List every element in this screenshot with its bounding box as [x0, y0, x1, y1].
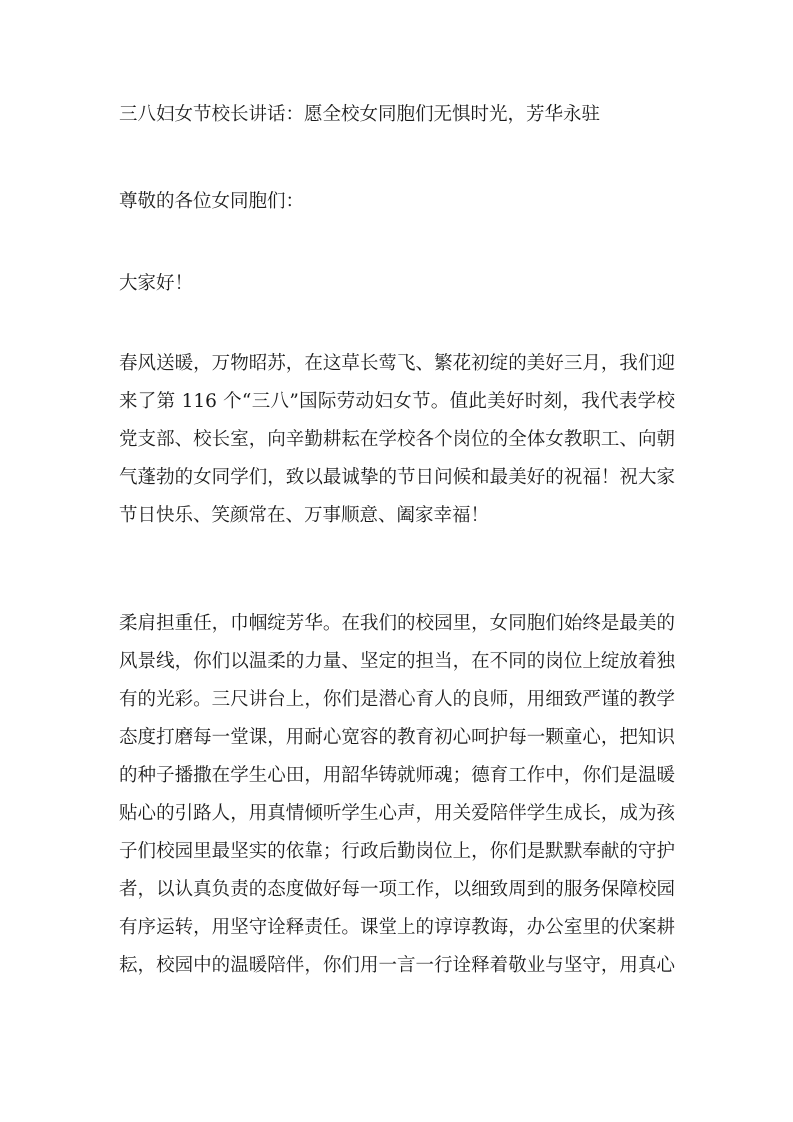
text-line: 春风送暖，万物昭苏，在这草长莺飞、繁花初绽的美好三月，我们迎: [119, 345, 675, 383]
text-line: 的种子播撒在学生心田，用韶华铸就师魂；德育工作中，你们是温暖: [119, 757, 675, 795]
text-line: 有序运转，用坚守诠释责任。课堂上的谆谆教诲，办公室里的伏案耕: [119, 909, 675, 947]
paragraph-1: 春风送暖，万物昭苏，在这草长莺飞、繁花初绽的美好三月，我们迎 来了第 116 个…: [119, 345, 675, 535]
text-line: 风景线，你们以温柔的力量、坚定的担当，在不同的岗位上绽放着独: [119, 643, 675, 681]
paragraph-2: 柔肩担重任，巾帼绽芳华。在我们的校园里，女同胞们始终是最美的 风景线，你们以温柔…: [119, 605, 675, 985]
text-line: 节日快乐、笑颜常在、万事顺意、阖家幸福！: [119, 497, 675, 535]
text-line: 气蓬勃的女同学们，致以最诚挚的节日问候和最美好的祝福！祝大家: [119, 459, 675, 497]
text-line: 贴心的引路人，用真情倾听学生心声，用关爱陪伴学生成长，成为孩: [119, 795, 675, 833]
document-title: 三八妇女节校长讲话：愿全校女同胞们无惧时光，芳华永驻: [119, 103, 600, 127]
text-line: 柔肩担重任，巾帼绽芳华。在我们的校园里，女同胞们始终是最美的: [119, 605, 675, 643]
salutation: 尊敬的各位女同胞们：: [119, 190, 304, 214]
text-line: 有的光彩。三尺讲台上，你们是潜心育人的良师，用细致严谨的教学: [119, 681, 675, 719]
text-line: 者，以认真负责的态度做好每一项工作，以细致周到的服务保障校园: [119, 871, 675, 909]
text-line: 党支部、校长室，向辛勤耕耘在学校各个岗位的全体女教职工、向朝: [119, 421, 675, 459]
text-line: 来了第 116 个“三八”国际劳动妇女节。值此美好时刻，我代表学校: [119, 383, 675, 421]
greeting: 大家好！: [119, 272, 193, 296]
text-line: 态度打磨每一堂课，用耐心宽容的教育初心呵护每一颗童心，把知识: [119, 719, 675, 757]
text-line: 子们校园里最坚实的依靠；行政后勤岗位上，你们是默默奉献的守护: [119, 833, 675, 871]
text-line: 耘，校园中的温暖陪伴，你们用一言一行诠释着敬业与坚守，用真心: [119, 947, 675, 985]
